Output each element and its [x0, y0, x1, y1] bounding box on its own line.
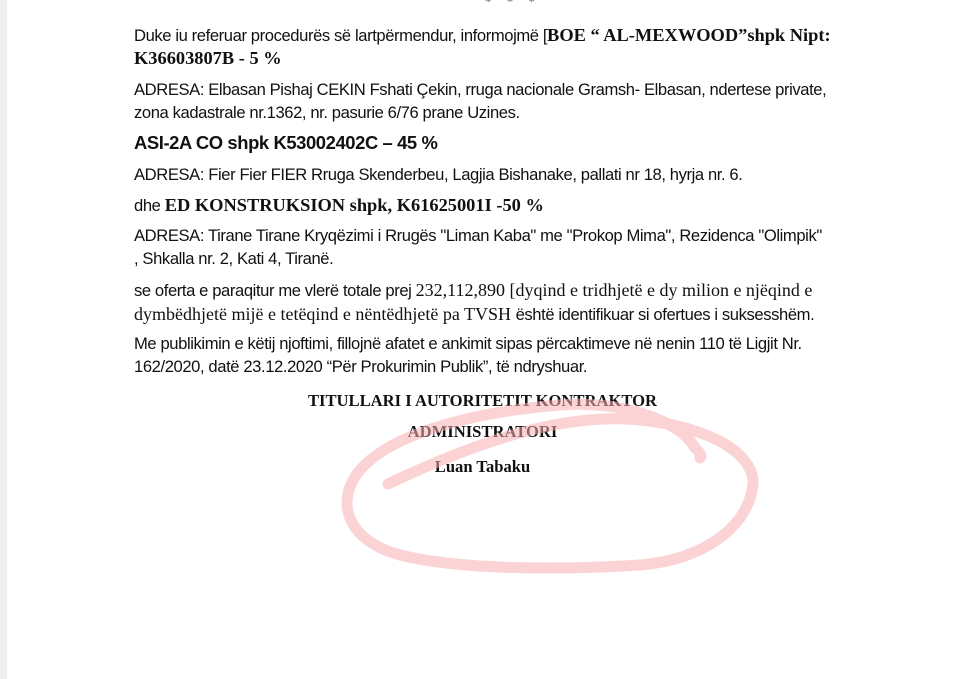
company3-address-line2: , Shkalla nr. 2, Kati 4, Tiranë. — [134, 248, 333, 270]
company2-heading: ASI-2A CO shpk K53002402C – 45 % — [134, 132, 437, 154]
company2-address: ADRESA: Fier Fier FIER Rruga Skenderbeu,… — [134, 164, 742, 186]
offer-amount-words: dymbëdhjetë mijë e tetëqind e nëntëdhjet… — [134, 304, 516, 324]
company1-nipt: K36603807B - 5 % — [134, 47, 282, 69]
publication-line2: 162/2020, datë 23.12.2020 “Për Prokurimi… — [134, 356, 587, 378]
offer-amount: 232,112,890 [dyqind e tridhjetë e dy mil… — [416, 280, 813, 300]
viewer-left-gutter — [0, 0, 7, 679]
signature-title: TITULLARI I AUTORITETIT KONTRAKTOR — [0, 391, 965, 411]
intro-text: Duke iu referuar procedurës së lartpërme… — [134, 26, 547, 45]
publication-line1: Me publikimin e këtij njoftimi, fillojnë… — [134, 333, 802, 355]
company3-heading: ED KONSTRUKSION shpk, K61625001I -50 % — [165, 195, 544, 215]
section-separator: * * * — [485, 0, 541, 10]
company1-name: BOE “ AL-MEXWOOD”shpk Nipt: — [547, 25, 831, 45]
offer-result: është identifikuar si ofertues i suksess… — [516, 305, 815, 324]
signature-role: ADMINISTRATORI — [0, 422, 965, 442]
company1-address-line1: ADRESA: Elbasan Pishaj CEKIN Fshati Çeki… — [134, 79, 826, 101]
signature-name: Luan Tabaku — [0, 457, 965, 477]
company1-address-line2: zona kadastrale nr.1362, nr. pasurie 6/7… — [134, 102, 520, 124]
offer-line2: dymbëdhjetë mijë e tetëqind e nëntëdhjet… — [134, 303, 814, 326]
company3-prefix: dhe — [134, 196, 165, 215]
document-page: * * * Duke iu referuar procedurës së lar… — [7, 0, 965, 679]
offer-line1-text: se oferta e paraqitur me vlerë totale pr… — [134, 281, 416, 300]
intro-line: Duke iu referuar procedurës së lartpërme… — [134, 24, 831, 47]
company3-line: dhe ED KONSTRUKSION shpk, K61625001I -50… — [134, 194, 544, 217]
company3-address-line1: ADRESA: Tirane Tirane Kryqëzimi i Rrugës… — [134, 225, 822, 247]
offer-line1: se oferta e paraqitur me vlerë totale pr… — [134, 279, 812, 302]
